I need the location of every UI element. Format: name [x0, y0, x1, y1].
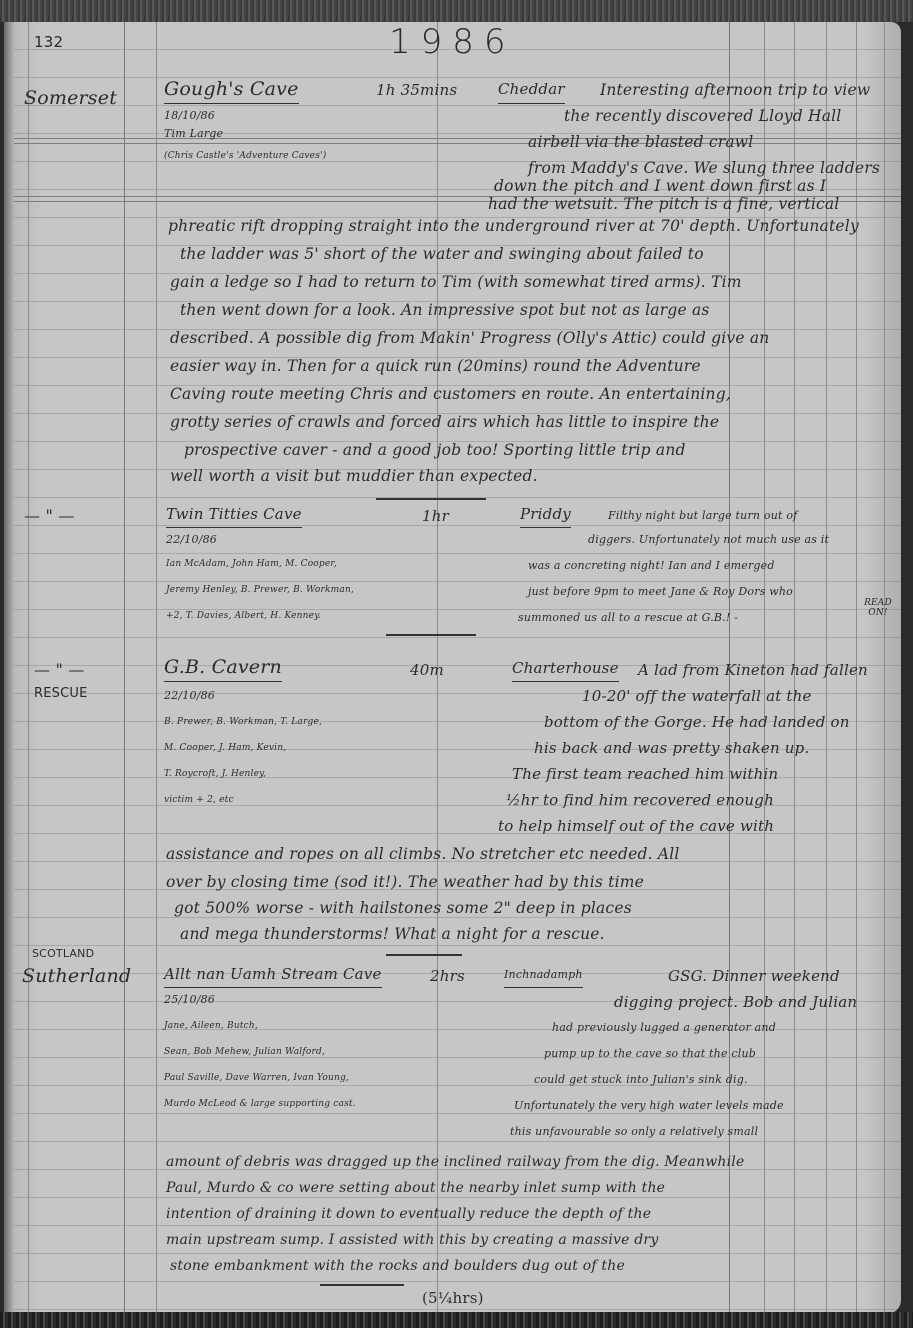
- entry-1-region: Somerset: [24, 84, 117, 112]
- entry-2-duration: 1hr: [422, 502, 449, 530]
- entry-2-note-line: summoned us all to a rescue at G.B.! -: [518, 604, 738, 632]
- entry-2-party-2: Jeremy Henley, B. Prewer, B. Workman,: [166, 576, 354, 604]
- entry-4-region: Sutherland: [22, 962, 131, 990]
- entry-1-party-2: (Chris Castle's 'Adventure Caves'): [164, 142, 326, 170]
- entry-2-location: Priddy: [520, 502, 571, 528]
- entry-4-party-2: Sean, Bob Mehew, Julian Walford,: [164, 1038, 325, 1066]
- entry-1-body-line: grotty series of crawls and forced airs …: [170, 408, 719, 436]
- entry-4-duration: 2hrs: [430, 962, 465, 990]
- entry-3-rescue-label: RESCUE: [34, 680, 88, 708]
- entry-4-note-line: had previously lugged a generator and: [552, 1014, 776, 1042]
- entry-4-party-1: Jane, Aileen, Butch,: [164, 1012, 258, 1040]
- entry-1-body-line: Caving route meeting Chris and customers…: [170, 380, 731, 408]
- entry-2-cave-name: Twin Titties Cave: [166, 502, 302, 528]
- entry-4-body-line: intention of draining it down to eventua…: [166, 1200, 651, 1228]
- entry-3-duration: 40m: [410, 656, 444, 684]
- entry-3-party-4: victim + 2, etc: [164, 786, 234, 814]
- margin-rule: [28, 22, 29, 1314]
- entry-1-body-line: the ladder was 5' short of the water and…: [180, 240, 704, 268]
- entry-1-body-line: well worth a visit but muddier than expe…: [170, 462, 538, 490]
- entry-4-body-line: Paul, Murdo & co were setting about the …: [166, 1174, 665, 1202]
- entry-separator: [320, 1284, 404, 1286]
- entry-3-party-1: B. Prewer, B. Workman, T. Large,: [164, 708, 322, 736]
- header-double-rule: [14, 138, 901, 144]
- entry-separator: [386, 954, 462, 956]
- entry-4-location: Inchnadamph: [504, 964, 583, 988]
- entry-4-note-line: GSG. Dinner weekend: [668, 962, 840, 990]
- entry-3-party-2: M. Cooper, J. Ham, Kevin,: [164, 734, 286, 762]
- page-spine: [4, 22, 14, 1314]
- entry-1-body-line: then went down for a look. An impressive…: [180, 296, 710, 324]
- notes-column-rule-6: [884, 22, 885, 1314]
- notebook-bottom-edge: [0, 1312, 913, 1328]
- entry-3-note-line: to help himself out of the cave with: [498, 812, 774, 840]
- entry-separator: [376, 498, 486, 500]
- entry-3-note-line: bottom of the Gorge. He had landed on: [544, 708, 850, 736]
- entry-4-body-line: amount of debris was dragged up the incl…: [166, 1148, 744, 1176]
- entry-2-note-line: diggers. Unfortunately not much use as i…: [588, 526, 829, 554]
- entry-2-note-line: was a concreting night! Ian and I emerge…: [528, 552, 775, 580]
- page-number: 132: [34, 28, 63, 56]
- entry-3-body-line: and mega thunderstorms! What a night for…: [180, 920, 605, 948]
- entry-3-date: 22/10/86: [164, 682, 215, 710]
- entry-4-note-line: digging project. Bob and Julian: [614, 988, 857, 1016]
- entry-separator: [386, 634, 476, 636]
- entry-1-note-line: Interesting afternoon trip to view: [600, 76, 870, 104]
- entry-2-party-1: Ian McAdam, John Ham, M. Cooper,: [166, 550, 337, 578]
- entry-4-date: 25/10/86: [164, 986, 215, 1014]
- entry-3-location: Charterhouse: [512, 656, 619, 682]
- entry-4-body-line: stone embankment with the rocks and boul…: [170, 1252, 625, 1280]
- entry-3-body-line: over by closing time (sod it!). The weat…: [166, 868, 644, 896]
- entry-1-duration: 1h 35mins: [376, 76, 457, 104]
- entry-4-body-line: main upstream sump. I assisted with this…: [166, 1226, 658, 1254]
- entry-2-read-on: READ ON!: [858, 598, 898, 618]
- entry-3-note-line: The first team reached him within: [512, 760, 778, 788]
- entry-4-note-line: could get stuck into Julian's sink dig.: [534, 1066, 748, 1094]
- entry-3-cave-name: G.B. Cavern: [164, 654, 282, 682]
- region-column-rule: [124, 22, 125, 1314]
- cave-column-rule: [156, 22, 157, 1314]
- logbook-page: 132 1986 Somerset Gough's Cave 18/10/86 …: [4, 22, 901, 1314]
- entry-1-note-line: airbell via the blasted crawl: [528, 128, 753, 156]
- entry-4-note-line: Unfortunately the very high water levels…: [514, 1092, 784, 1120]
- entry-3-body-line: got 500% worse - with hailstones some 2"…: [174, 894, 632, 922]
- entry-4-total-time: (5¼hrs): [422, 1284, 484, 1312]
- entry-2-region-ditto: — " —: [24, 502, 75, 530]
- entry-4-note-line: pump up to the cave so that the club: [544, 1040, 756, 1068]
- entry-4-party-4: Murdo McLeod & large supporting cast.: [164, 1090, 356, 1118]
- entry-1-cave-name: Gough's Cave: [164, 76, 299, 104]
- entry-3-note-line: 10-20' off the waterfall at the: [582, 682, 812, 710]
- entry-4-cave-name: Allt nan Uamh Stream Cave: [164, 962, 382, 988]
- entry-2-note-line: just before 9pm to meet Jane & Roy Dors …: [528, 578, 793, 606]
- page-year: 1986: [389, 22, 516, 62]
- entry-1-body-line: described. A possible dig from Makin' Pr…: [170, 324, 769, 352]
- entry-4-note-line: this unfavourable so only a relatively s…: [510, 1118, 758, 1146]
- entry-1-location: Cheddar: [498, 76, 565, 104]
- entry-1-body-line: phreatic rift dropping straight into the…: [168, 212, 859, 240]
- entry-4-party-3: Paul Saville, Dave Warren, Ivan Young,: [164, 1064, 349, 1092]
- entry-1-body-line: gain a ledge so I had to return to Tim (…: [170, 268, 742, 296]
- entry-3-body-line: assistance and ropes on all climbs. No s…: [166, 840, 680, 868]
- entry-2-party-3: +2, T. Davies, Albert, H. Kenney.: [166, 602, 321, 630]
- entry-1-note-line: the recently discovered Lloyd Hall: [564, 102, 841, 130]
- entry-1-body-line: prospective caver - and a good job too! …: [184, 436, 686, 464]
- entry-3-party-3: T. Roycroft, J. Henley,: [164, 760, 266, 788]
- entry-3-note-line: A lad from Kineton had fallen: [638, 656, 868, 684]
- entry-3-note-line: ½hr to find him recovered enough: [506, 786, 774, 814]
- entry-3-note-line: his back and was pretty shaken up.: [534, 734, 809, 762]
- entry-1-body-line: easier way in. Then for a quick run (20m…: [170, 352, 701, 380]
- notebook-top-edge: [0, 0, 913, 22]
